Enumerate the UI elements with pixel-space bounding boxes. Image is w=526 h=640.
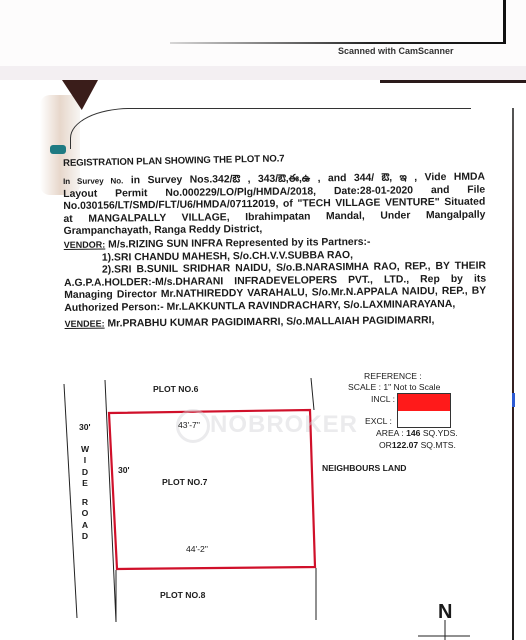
road-letter: I [80,455,90,466]
plot-8-label: PLOT NO.8 [160,590,205,600]
area-alt-value: 122.07 [392,440,418,450]
legend-reference: REFERENCE : [364,371,422,381]
road-letter: D [80,531,90,542]
road-letter: W [80,444,90,455]
top-dimension: 43'-7" [178,420,200,430]
road-letter: A [80,520,90,531]
area-label: AREA : [376,428,406,438]
plot-plan-drawing [0,0,526,640]
plot-7-label: PLOT NO.7 [162,477,207,487]
legend-scale: SCALE : 1" Not to Scale [348,382,440,392]
bottom-dimension: 44'-2" [186,544,208,554]
road-letter: D [80,467,90,478]
road-letter: E [80,478,90,489]
plot-boundary-line [311,378,314,410]
road-letter: O [80,508,90,519]
north-indicator: N [438,601,452,624]
legend-excl-label: EXCL : [365,416,392,426]
legend-swatch [397,393,451,428]
area-alt-prefix: OR [379,440,392,450]
road-letter: R [80,497,90,508]
watermark-text: NOBROKER [210,411,358,439]
road-label: W I D E R O A D [80,444,90,542]
area-value: 146 [406,428,420,438]
area-alt-unit: SQ.MTS. [418,440,456,450]
road-boundary-line [64,384,77,618]
legend-incl-label: INCL : [371,394,395,404]
area-unit: SQ.YDS. [420,428,457,438]
legend-incl-swatch [398,394,450,411]
legend-area-alt: OR122.07 SQ.MTS. [379,440,456,450]
plot-6-label: PLOT NO.6 [153,384,198,394]
road-width-label: 30' [79,422,91,432]
side-dimension: 30' [118,465,130,475]
legend-area: AREA : 146 SQ.YDS. [376,428,458,438]
neighbours-land-label: NEIGHBOURS LAND [322,463,407,473]
